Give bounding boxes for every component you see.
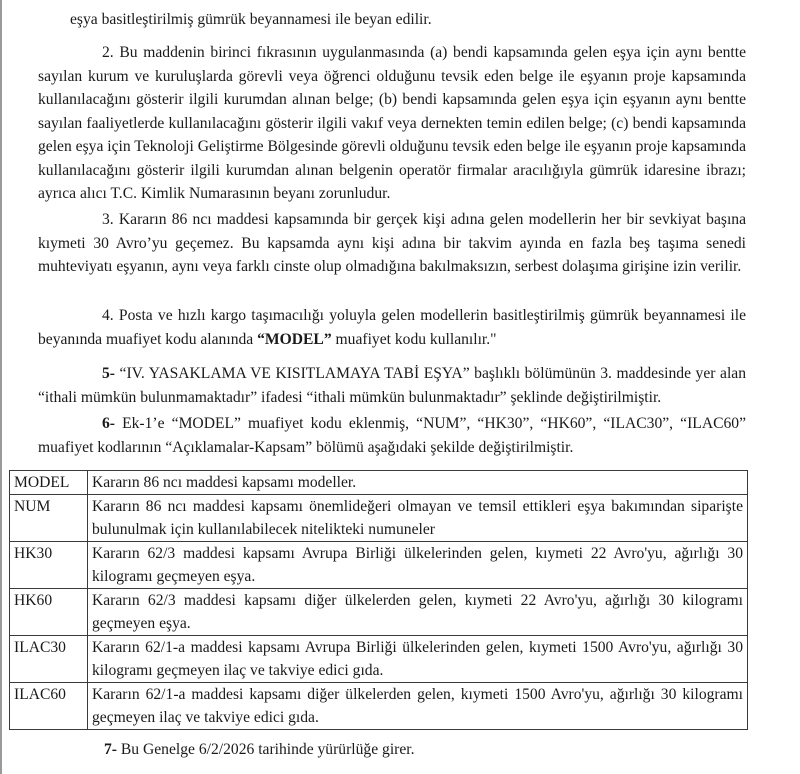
exemption-code: HK60 xyxy=(10,589,88,636)
exemption-description: Kararın 62/3 maddesi kapsamı diğer ülkel… xyxy=(88,589,748,636)
exemption-description: Kararın 86 ncı maddesi kapsamı modeller. xyxy=(88,471,748,495)
item-6-text: Ek-1’e “MODEL” muafiyet kodu eklenmiş, “… xyxy=(38,415,746,456)
item-6-number: 6- xyxy=(102,415,115,432)
table-row: ILAC30 Kararın 62/1-a maddesi kapsamı Av… xyxy=(10,636,748,683)
table-row: HK30 Kararın 62/3 maddesi kapsamı Avrupa… xyxy=(10,542,748,589)
exemption-description: Kararın 62/3 maddesi kapsamı Avrupa Birl… xyxy=(88,542,748,589)
exemption-description: Kararın 62/1-a maddesi kapsamı Avrupa Bi… xyxy=(88,636,748,683)
table-row: ILAC60 Kararın 62/1-a maddesi kapsamı di… xyxy=(10,683,748,730)
paragraph-3: 3. Kararın 86 ncı maddesi kapsamında bir… xyxy=(38,208,746,279)
paragraph-4-text-after: muafiyet kodu kullanılır." xyxy=(332,331,497,348)
table-row: MODEL Kararın 86 ncı maddesi kapsamı mod… xyxy=(10,471,748,495)
exemption-description: Kararın 62/1-a maddesi kapsamı diğer ülk… xyxy=(88,683,748,730)
exemption-code: NUM xyxy=(10,495,88,542)
exemption-code: ILAC30 xyxy=(10,636,88,683)
paragraph-2: 2. Bu maddenin birinci fıkrasının uygula… xyxy=(38,41,746,206)
item-7-number: 7- xyxy=(104,741,117,758)
exemption-codes-table: MODEL Kararın 86 ncı maddesi kapsamı mod… xyxy=(9,470,748,730)
page-left-edge xyxy=(0,0,2,774)
exemption-description: Kararın 86 ncı maddesi kapsamı önemlideğ… xyxy=(88,495,748,542)
exemption-code: MODEL xyxy=(10,471,88,495)
paragraph-4: 4. Posta ve hızlı kargo taşımacılığı yol… xyxy=(38,304,746,351)
item-7-text: Bu Genelge 6/2/2026 tarihinde yürürlüğe … xyxy=(117,741,415,758)
exemption-code: ILAC60 xyxy=(10,683,88,730)
item-5-number: 5- xyxy=(102,365,115,382)
model-code-emphasis: “MODEL” xyxy=(257,331,332,348)
item-7: 7- Bu Genelge 6/2/2026 tarihinde yürürlü… xyxy=(104,738,744,762)
item-5-text: “IV. YASAKLAMA VE KISITLAMAYA TABİ EŞYA”… xyxy=(38,365,746,406)
item-5: 5- “IV. YASAKLAMA VE KISITLAMAYA TABİ EŞ… xyxy=(38,362,746,409)
item-6: 6- Ek-1’e “MODEL” muafiyet kodu eklenmiş… xyxy=(38,412,746,459)
paragraph-intro-tail: eşya basitleştirilmiş gümrük beyannamesi… xyxy=(70,8,746,32)
table-row: HK60 Kararın 62/3 maddesi kapsamı diğer … xyxy=(10,589,748,636)
exemption-code: HK30 xyxy=(10,542,88,589)
table-row: NUM Kararın 86 ncı maddesi kapsamı öneml… xyxy=(10,495,748,542)
